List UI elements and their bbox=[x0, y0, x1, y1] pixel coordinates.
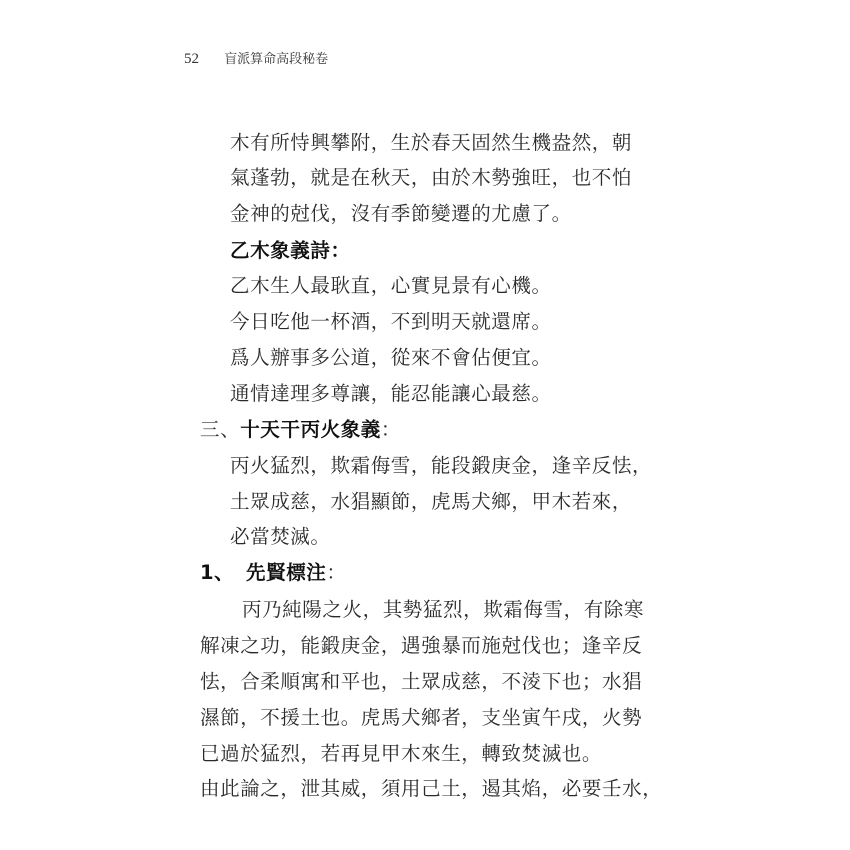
poem-title: 乙木象義詩 bbox=[230, 239, 331, 262]
section-text-line: 土眾成慈，水猖顯節，虎馬犬鄉，甲木若來， bbox=[230, 486, 632, 514]
poem-line: 爲人辦事多公道，從來不會佔便宜。 bbox=[230, 342, 552, 370]
body-text-line: 解凍之功，能鍛庚金，遇強暴而施尅伐也；逢辛反 bbox=[200, 630, 642, 658]
section-heading: 三、十天干丙火象義： bbox=[200, 414, 401, 442]
body-text-line: 金神的尅伐，沒有季節變遷的尤慮了。 bbox=[230, 198, 572, 226]
poem-line: 今日吃他一杯酒，不到明天就還席。 bbox=[230, 306, 552, 334]
body-text-line: 怯，合柔順寓和平也，土眾成慈，不淩下也；水猖 bbox=[200, 666, 642, 694]
poem-line: 通情達理多尊讓，能忍能讓心最慈。 bbox=[230, 378, 552, 406]
poem-line: 乙木生人最耿直，心實見景有心機。 bbox=[230, 270, 552, 298]
body-text-line: 已過於猛烈，若再見甲木來生，轉致焚滅也。 bbox=[200, 738, 602, 766]
section-text-line: 丙火猛烈，欺霜侮雪，能段鍛庚金，逢辛反怯， bbox=[230, 450, 652, 478]
section-title: 十天干丙火象義 bbox=[240, 418, 381, 441]
page-number: 52 bbox=[184, 51, 220, 68]
body-text-line: 由此論之，泄其威，須用己土，遏其焰，必要壬水， bbox=[200, 773, 662, 801]
section-text-line: 必當焚滅。 bbox=[230, 521, 331, 549]
body-text-line: 濕節，不援土也。虎馬犬鄉者，支坐寅午戌，火勢 bbox=[200, 702, 642, 730]
body-text-line: 氣蓬勃，就是在秋天，由於木勢強旺，也不怕 bbox=[230, 162, 632, 190]
running-header: 52 盲派算命高段秘卷 bbox=[184, 48, 328, 68]
body-text-line: 丙乃純陽之火，其勢猛烈，欺霜侮雪，有除寒 bbox=[242, 594, 644, 622]
subsection-title: 先賢標注 bbox=[246, 561, 326, 584]
section-colon: ： bbox=[381, 418, 401, 441]
section-prefix: 三、 bbox=[200, 418, 240, 441]
subsection-number: 1、 bbox=[200, 557, 246, 585]
body-text-line: 木有所恃興攀附，生於春天固然生機盎然，朝 bbox=[230, 127, 632, 155]
poem-heading: 乙木象義詩： bbox=[230, 235, 351, 263]
book-title: 盲派算命高段秘卷 bbox=[224, 52, 328, 67]
subsection-colon: ： bbox=[326, 561, 346, 584]
subsection-heading: 1、先賢標注： bbox=[200, 557, 347, 585]
poem-title-colon: ： bbox=[331, 239, 351, 262]
